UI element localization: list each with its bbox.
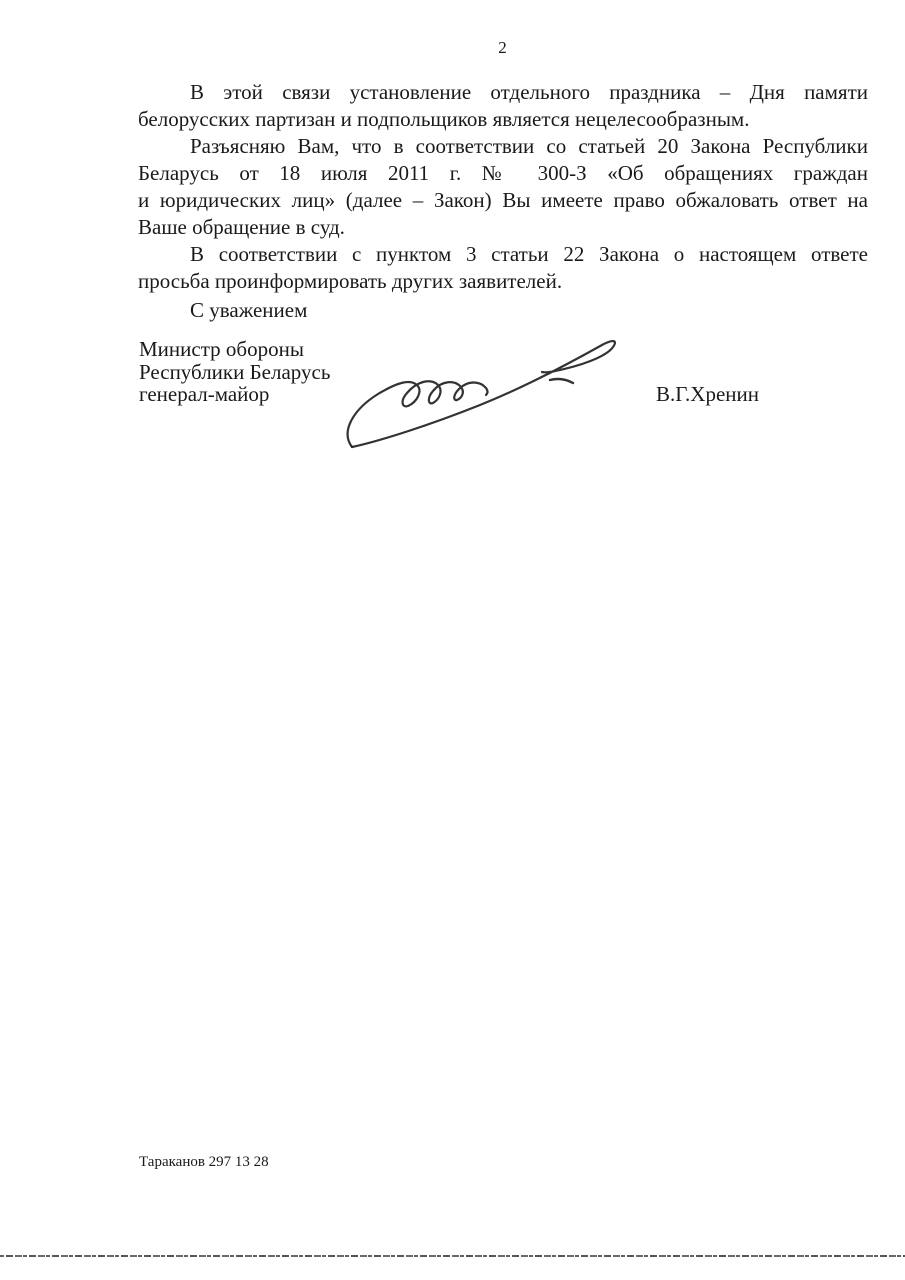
signer-position-line-1: Министр обороны	[139, 338, 330, 361]
letter-body: В этой связи установление отдельного пра…	[138, 79, 868, 295]
paragraph-3-line-1: В соответствии с пунктом 3 статьи 22 Зак…	[138, 241, 868, 268]
signer-name: В.Г.Хренин	[656, 381, 759, 408]
paragraph-2-line-4: Ваше обращение в суд.	[138, 214, 868, 241]
paragraph-1-line-2: белорусских партизан и подпольщиков явля…	[138, 106, 868, 133]
scanned-letter-page: 2 В этой связи установление отдельного п…	[0, 0, 905, 1280]
scan-edge-artifact	[0, 1255, 905, 1257]
paragraph-2-line-3: и юридических лиц» (далее – Закон) Вы им…	[138, 187, 868, 214]
signer-position-block: Министр обороны Республики Беларусь гене…	[139, 338, 330, 406]
executor-phone-note: Тараканов 297 13 28	[139, 1152, 269, 1172]
page-number: 2	[138, 38, 868, 58]
paragraph-3-line-2: просьба проинформировать других заявител…	[138, 268, 868, 295]
paragraph-1-line-1: В этой связи установление отдельного пра…	[138, 79, 868, 106]
signer-position-line-2: Республики Беларусь	[139, 361, 330, 384]
closing-salutation: С уважением	[138, 297, 868, 324]
signer-position-line-3: генерал-майор	[139, 383, 330, 406]
handwritten-signature-scribble	[340, 333, 625, 458]
paragraph-2-line-1: Разъясняю Вам, что в соответствии со ста…	[138, 133, 868, 160]
paragraph-2-line-2: Беларусь от 18 июля 2011 г. № 300-З «Об …	[138, 160, 868, 187]
